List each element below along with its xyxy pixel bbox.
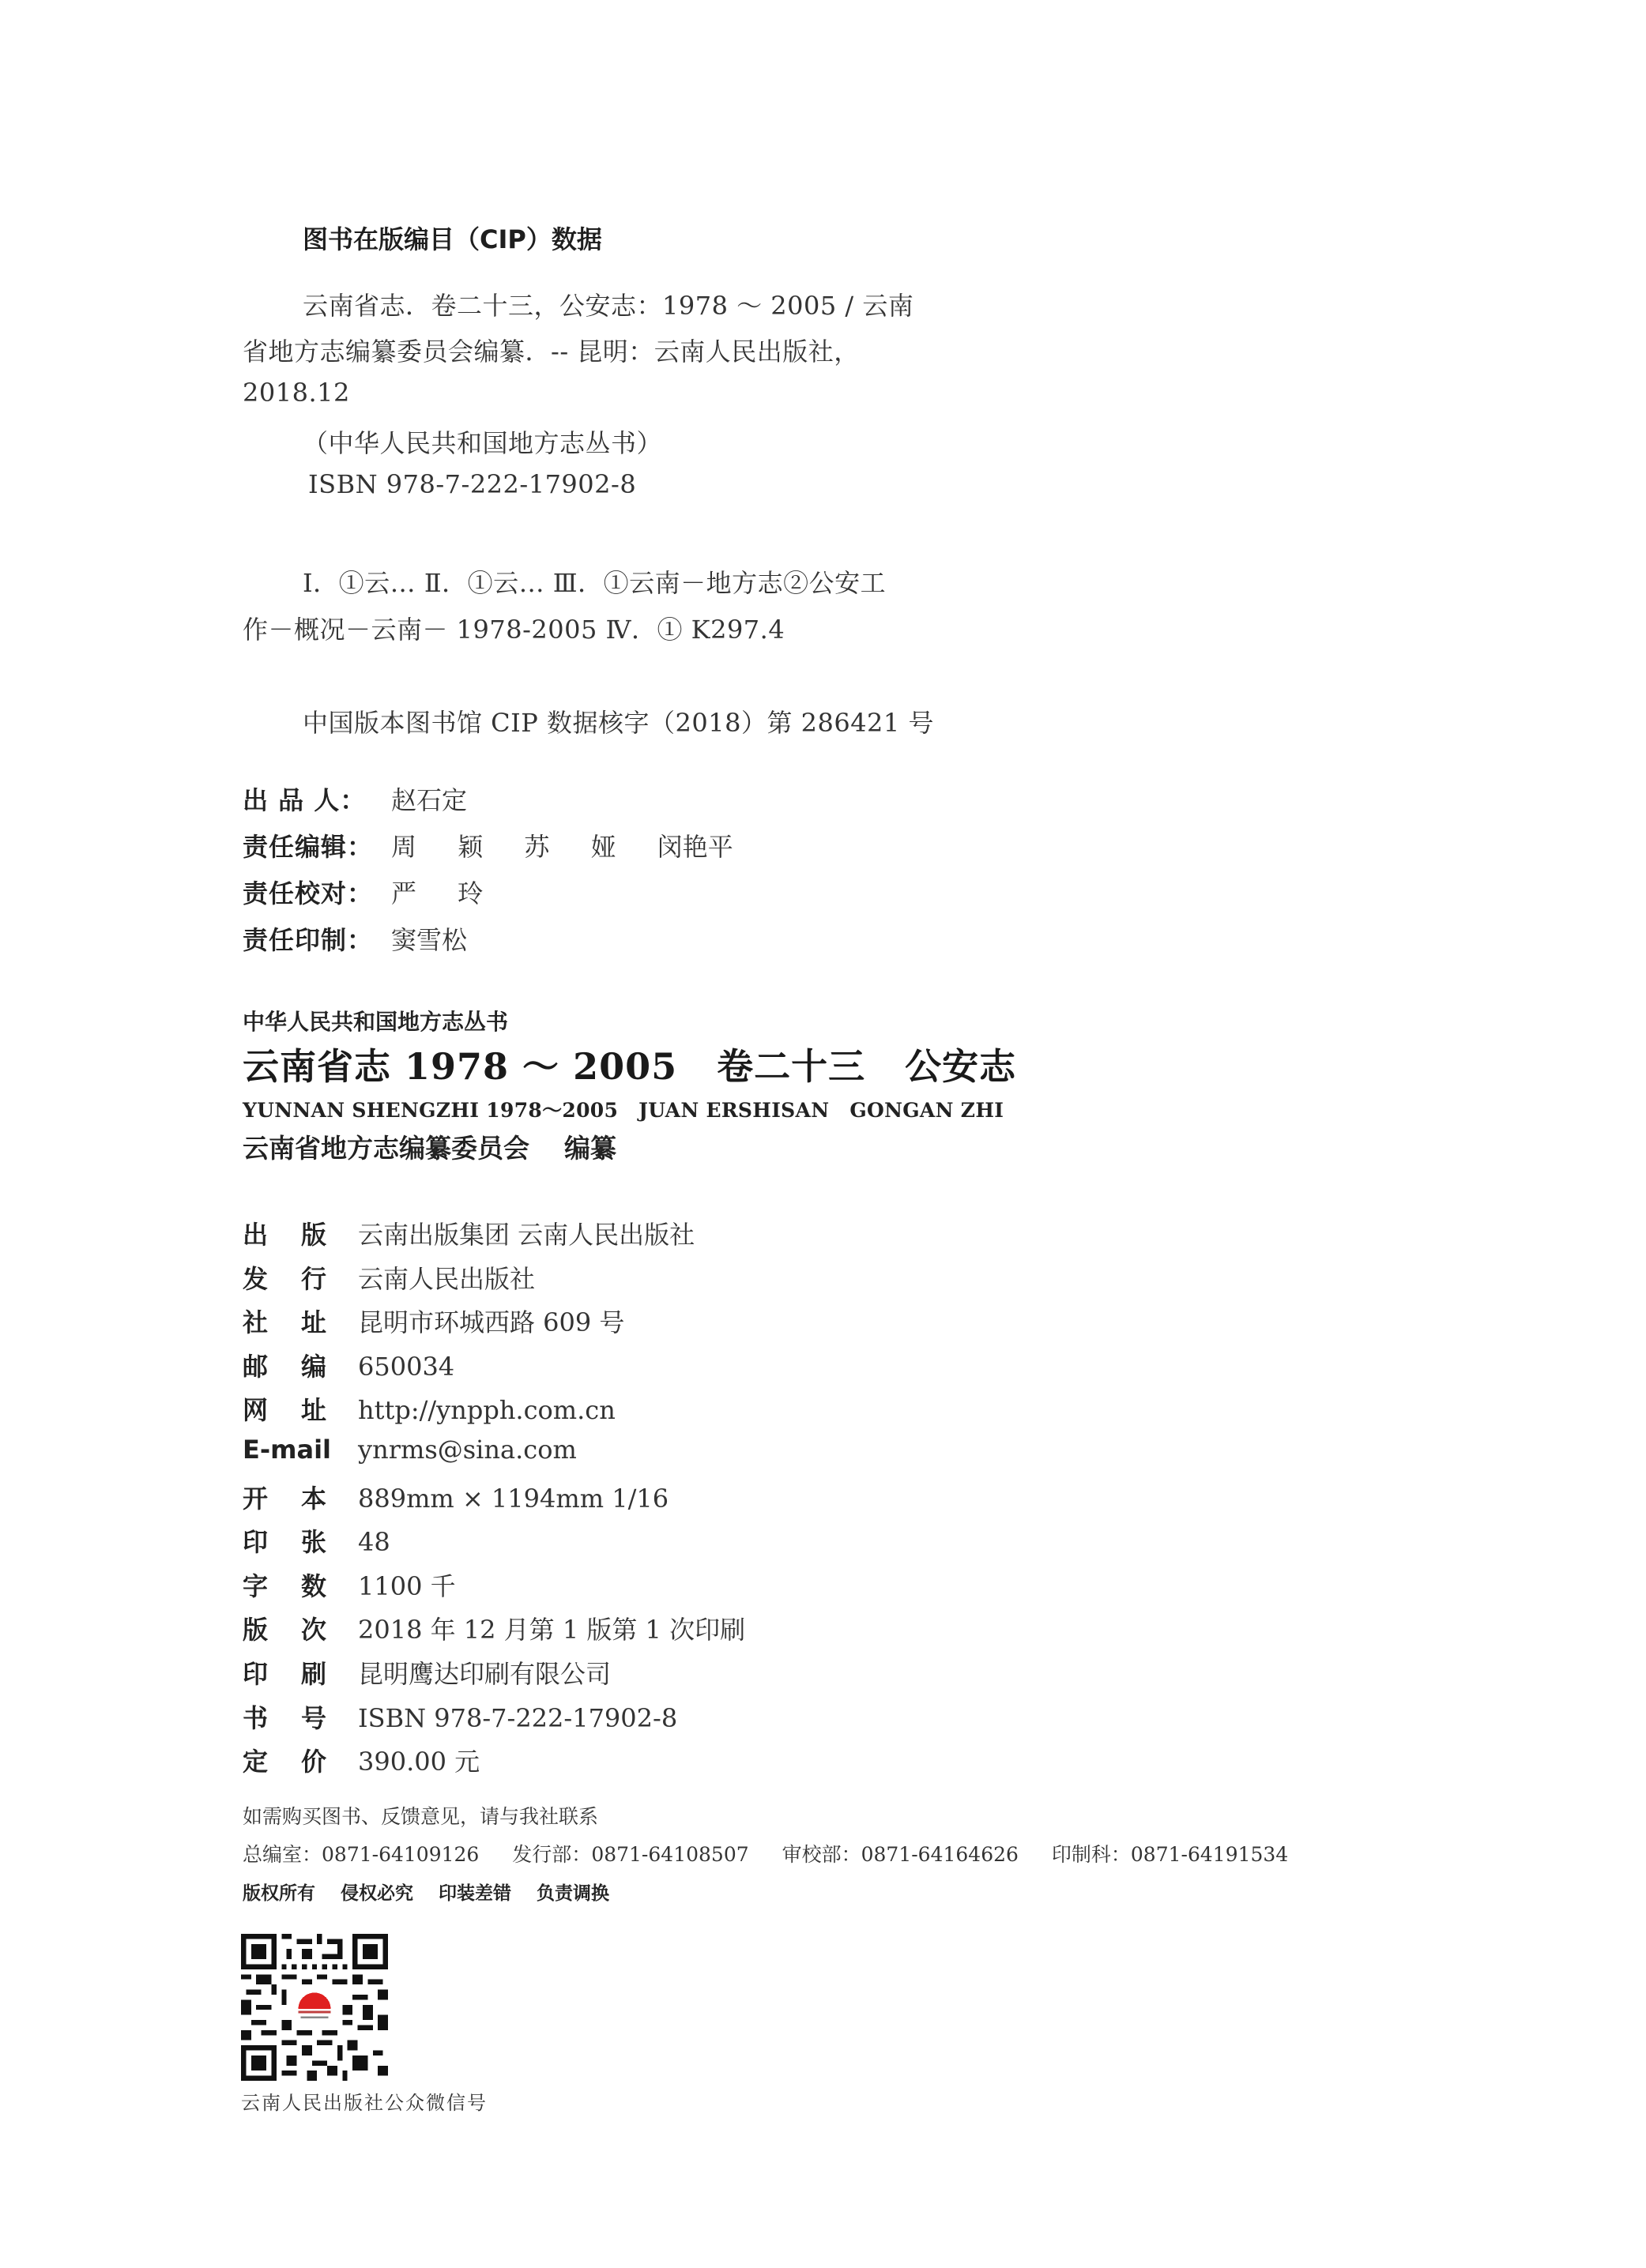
label-part: 号 <box>301 1703 326 1733</box>
label-part: 社 <box>243 1303 301 1339</box>
cip-heading: 图书在版编目（CIP）数据 <box>303 220 602 256</box>
qr-caption: 云南人民出版社公众微信号 <box>241 2087 488 2115</box>
book-title-volume: 卷二十三 <box>717 1045 865 1088</box>
label-part: 书 <box>243 1698 301 1735</box>
publication-value: 云南人民出版社 <box>358 1264 535 1294</box>
publication-row: 社址昆明市环城西路 609 号 <box>243 1303 624 1339</box>
publication-label: 网址 <box>243 1390 358 1427</box>
label-part: 发 <box>243 1259 301 1296</box>
label-part: 编 <box>301 1352 326 1382</box>
cip-isbn: ISBN 978-7-222-17902-8 <box>308 469 636 499</box>
label-part: 址 <box>301 1307 326 1337</box>
credit-label: 出 品 人： <box>243 780 385 817</box>
contact-intro: 如需购买图书、反馈意见，请与我社联系 <box>243 1801 598 1830</box>
compiler-role: 编纂 <box>564 1133 616 1164</box>
publication-label: 印刷 <box>243 1654 358 1691</box>
publication-value: ynrms@sina.com <box>358 1435 577 1465</box>
phone-dept: 印制科： <box>1052 1843 1131 1866</box>
cip-line-2: 省地方志编纂委员会编纂．-- 昆明：云南人民出版社， <box>243 332 860 368</box>
credit-label: 责任印制： <box>243 920 385 957</box>
publication-value: 650034 <box>358 1352 454 1382</box>
publication-label: E-mail <box>243 1435 358 1465</box>
publication-row: 网址http://ynpph.com.cn <box>243 1390 616 1427</box>
cip-line-1: 云南省志．卷二十三，公安志：1978 ～ 2005 / 云南 <box>303 286 913 322</box>
label-part: 印 <box>243 1522 301 1559</box>
phone-dept: 总编室： <box>243 1843 322 1866</box>
phone-dept: 发行部： <box>512 1843 591 1866</box>
label-part: E-mail <box>243 1435 331 1465</box>
rights-item: 印装差错 <box>439 1882 511 1904</box>
label-part: 本 <box>301 1484 326 1514</box>
publication-label: 邮编 <box>243 1347 358 1383</box>
label-part: 址 <box>301 1395 326 1425</box>
label-part: 字 <box>243 1567 301 1603</box>
label-part: 定 <box>243 1742 301 1778</box>
publication-label: 发行 <box>243 1259 358 1296</box>
publication-row: 邮编650034 <box>243 1347 454 1383</box>
cip-classification-1: Ⅰ．①云… Ⅱ．①云… Ⅲ．①云南－地方志②公安工 <box>303 563 886 600</box>
publication-row: 定价390.00 元 <box>243 1742 480 1778</box>
book-title-english: YUNNAN SHENGZHI 1978～2005JUAN ERSHISANGO… <box>243 1095 1004 1123</box>
label-part: 网 <box>243 1390 301 1427</box>
series-label: 中华人民共和国地方志丛书 <box>243 1005 508 1036</box>
credit-name: 娅 <box>591 827 616 863</box>
credit-name: 苏 <box>524 827 549 863</box>
label-part: 版 <box>243 1610 301 1646</box>
label-part: 开 <box>243 1479 301 1515</box>
label-part: 刷 <box>301 1659 326 1689</box>
book-title-en-subject: GONGAN ZHI <box>849 1099 1004 1122</box>
publication-row: 发行云南人民出版社 <box>243 1259 535 1296</box>
publication-row: 印刷昆明鹰达印刷有限公司 <box>243 1654 611 1691</box>
credit-row-printing: 责任印制： 窦雪松 <box>243 920 500 957</box>
credit-label: 责任校对： <box>243 874 385 910</box>
rights-item: 侵权必究 <box>341 1882 413 1904</box>
book-title-subject: 公安志 <box>905 1045 1016 1088</box>
credit-name: 颖 <box>458 827 483 863</box>
label-part: 数 <box>301 1571 326 1601</box>
publication-label: 社址 <box>243 1303 358 1339</box>
publication-label: 版次 <box>243 1610 358 1646</box>
publication-label: 开本 <box>243 1479 358 1515</box>
publication-value: 889mm × 1194mm 1/16 <box>358 1484 669 1514</box>
label-part: 印 <box>243 1654 301 1691</box>
publication-label: 印张 <box>243 1522 358 1559</box>
publication-label: 书号 <box>243 1698 358 1735</box>
label-part: 张 <box>301 1527 326 1557</box>
publication-value: 2018 年 12 月第 1 版第 1 次印刷 <box>358 1615 745 1645</box>
publication-value: 昆明鹰达印刷有限公司 <box>358 1659 611 1689</box>
publication-label: 字数 <box>243 1567 358 1603</box>
credit-label: 责任编辑： <box>243 827 385 863</box>
label-part: 出 <box>243 1215 301 1251</box>
credit-name: 闵艳平 <box>657 827 733 863</box>
credit-name: 严 <box>391 874 416 910</box>
rights-notice: 版权所有 侵权必究 印装差错 负责调换 <box>243 1879 609 1905</box>
publication-row: 出版云南出版集团 云南人民出版社 <box>243 1215 695 1251</box>
label-part: 行 <box>301 1264 326 1294</box>
book-title-en-volume: JUAN ERSHISAN <box>638 1099 829 1122</box>
publication-value: 390.00 元 <box>358 1747 480 1777</box>
phone-number: 0871-64191534 <box>1131 1843 1288 1866</box>
credit-name: 窦雪松 <box>391 920 467 957</box>
rights-item: 版权所有 <box>243 1882 315 1904</box>
rights-item: 负责调换 <box>537 1882 609 1904</box>
publication-row: 版次2018 年 12 月第 1 版第 1 次印刷 <box>243 1610 745 1646</box>
publication-label: 出版 <box>243 1215 358 1251</box>
cip-series: （中华人民共和国地方志丛书） <box>303 423 662 460</box>
publication-row: E-mailynrms@sina.com <box>243 1435 577 1465</box>
credit-row-editors: 责任编辑： 周 颖 苏 娅 闵艳平 <box>243 827 767 863</box>
credit-name: 周 <box>391 827 416 863</box>
credit-row-producer: 出 品 人： 赵石定 <box>243 780 500 817</box>
publication-label: 定价 <box>243 1742 358 1778</box>
credit-name: 玲 <box>458 874 483 910</box>
compiler-name: 云南省地方志编纂委员会 <box>243 1133 529 1164</box>
publication-value: 昆明市环城西路 609 号 <box>358 1307 624 1337</box>
publication-value: 云南出版集团 云南人民出版社 <box>358 1220 695 1250</box>
cip-number: 中国版本图书馆 CIP 数据核字（2018）第 286421 号 <box>303 703 934 739</box>
phone-number: 0871-64108507 <box>591 1843 748 1866</box>
label-part: 价 <box>301 1747 326 1777</box>
phone-number: 0871-64164626 <box>861 1843 1019 1866</box>
cip-classification-2: 作－概况－云南－ 1978-2005 Ⅳ．① K297.4 <box>243 610 785 646</box>
publication-value: ISBN 978-7-222-17902-8 <box>358 1703 677 1733</box>
publication-row: 开本889mm × 1194mm 1/16 <box>243 1479 669 1515</box>
qr-code-icon[interactable] <box>241 1934 388 2081</box>
contact-phones: 总编室：0871-64109126 发行部：0871-64108507 审校部：… <box>243 1839 1288 1867</box>
credit-row-proofreader: 责任校对： 严 玲 <box>243 874 516 910</box>
publication-value: 1100 千 <box>358 1571 456 1601</box>
cip-line-3: 2018.12 <box>243 378 350 408</box>
credit-name: 赵石定 <box>391 780 467 817</box>
compiler-line: 云南省地方志编纂委员会编纂 <box>243 1128 616 1165</box>
publication-row: 字数1100 千 <box>243 1567 456 1603</box>
book-title: 云南省志 1978 ～ 2005卷二十三公安志 <box>243 1038 1016 1090</box>
book-title-main: 云南省志 1978 ～ 2005 <box>243 1045 677 1088</box>
publication-value: 48 <box>358 1527 390 1557</box>
label-part: 次 <box>301 1615 326 1645</box>
phone-number: 0871-64109126 <box>322 1843 479 1866</box>
publication-row: 印张48 <box>243 1522 390 1559</box>
publication-row: 书号ISBN 978-7-222-17902-8 <box>243 1698 677 1735</box>
phone-dept: 审校部： <box>782 1843 861 1866</box>
publication-value: http://ynpph.com.cn <box>358 1395 616 1425</box>
book-title-en-main: YUNNAN SHENGZHI 1978～2005 <box>243 1099 618 1122</box>
label-part: 版 <box>301 1220 326 1250</box>
label-part: 邮 <box>243 1347 301 1383</box>
